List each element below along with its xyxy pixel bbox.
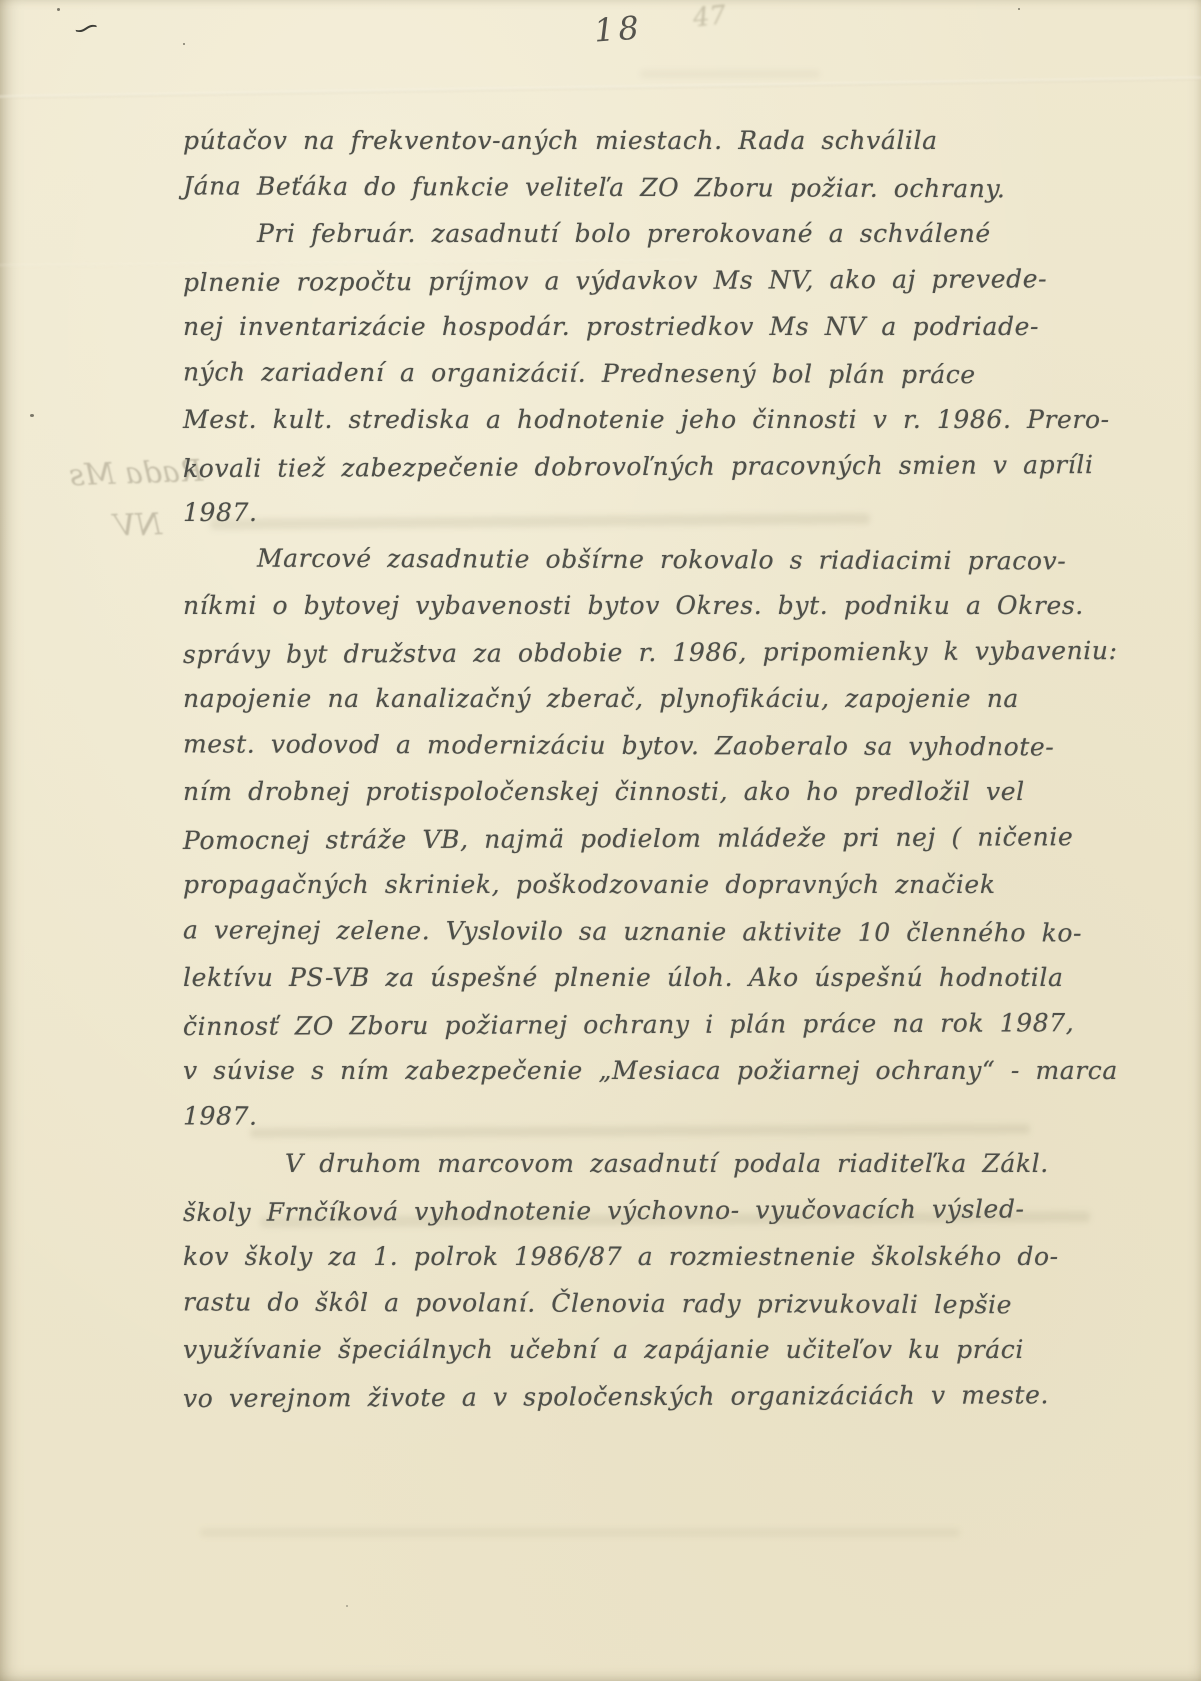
handwritten-line: pútačov na frekventov-aných miestach. Ra… xyxy=(183,118,1113,165)
handwritten-line: ním drobnej protispoločenskej činnosti, … xyxy=(183,769,1113,816)
handwritten-line: a verejnej zelene. Vyslovilo sa uznanie … xyxy=(183,907,1113,957)
handwritten-line: mest. vodovod a modernizáciu bytov. Zaob… xyxy=(183,721,1113,771)
handwritten-line: níkmi o bytovej vybavenosti bytov Okres.… xyxy=(183,583,1113,630)
page-number: 18 xyxy=(593,8,644,49)
handwritten-line: ných zariadení a organizácií. Prednesený… xyxy=(183,349,1113,399)
handwritten-line: Pomocnej stráže VB, najmä podielom mláde… xyxy=(183,813,1113,864)
handwritten-line: 1987. xyxy=(183,1093,1113,1143)
ink-smudge-mark: ∽ xyxy=(68,10,103,45)
handwritten-line: činnosť ZO Zboru požiarnej ochrany i plá… xyxy=(183,999,1113,1050)
handwritten-line: správy byt družstva za obdobie r. 1986, … xyxy=(183,627,1113,678)
handwritten-line: v súvise s ním zabezpečenie „Mesiaca pož… xyxy=(183,1048,1113,1095)
handwritten-line: 1987. xyxy=(183,490,1113,537)
handwritten-line: V druhom marcovom zasadnutí podala riadi… xyxy=(183,1141,1113,1188)
paper-crease xyxy=(0,76,1201,99)
paper-speck xyxy=(1018,8,1020,10)
bleed-through-smudge xyxy=(640,70,820,78)
paper-speck xyxy=(30,414,34,417)
handwritten-line: Marcové zasadnutie obšírne rokovalo s ri… xyxy=(183,535,1113,585)
handwritten-line: lektívu PS-VB za úspešné plnenie úloh. A… xyxy=(183,955,1113,1002)
paper-speck xyxy=(183,43,185,45)
bleed-through-smudge xyxy=(200,1528,960,1537)
handwritten-line: Pri február. zasadnutí bolo prerokované … xyxy=(183,211,1113,258)
handwritten-line: školy Frnčíková vyhodnotenie výchovno- v… xyxy=(183,1185,1113,1236)
handwritten-line: využívanie špeciálnych učební a zapájani… xyxy=(183,1327,1113,1374)
handwritten-text-block: pútačov na frekventov-aných miestach. Ra… xyxy=(183,118,1113,1420)
handwritten-line: napojenie na kanalizačný zberač, plynofi… xyxy=(183,676,1113,723)
chronicle-page: ∽ 18 47 Rada Ms NV pútačov na frekventov… xyxy=(0,0,1201,1681)
faint-pencil-numeral: 47 xyxy=(692,0,728,33)
paper-speck xyxy=(57,8,60,11)
handwritten-line: Mest. kult. strediska a hodnotenie jeho … xyxy=(183,397,1113,444)
handwritten-line: plnenie rozpočtu príjmov a výdavkov Ms N… xyxy=(183,255,1113,306)
handwritten-line: propagačných skriniek, poškodzovanie dop… xyxy=(183,862,1113,909)
handwritten-line: nej inventarizácie hospodár. prostriedko… xyxy=(183,304,1113,351)
handwritten-line: rastu do škôl a povolaní. Členovia rady … xyxy=(183,1279,1113,1329)
handwritten-line: vo verejnom živote a v spoločenských org… xyxy=(183,1371,1113,1422)
handwritten-line: kov školy za 1. polrok 1986/87 a rozmies… xyxy=(183,1234,1113,1281)
handwritten-line: kovali tiež zabezpečenie dobrovoľných pr… xyxy=(183,441,1113,492)
paper-speck xyxy=(346,1605,348,1607)
handwritten-line: Jána Beťáka do funkcie veliteľa ZO Zboru… xyxy=(183,163,1113,213)
